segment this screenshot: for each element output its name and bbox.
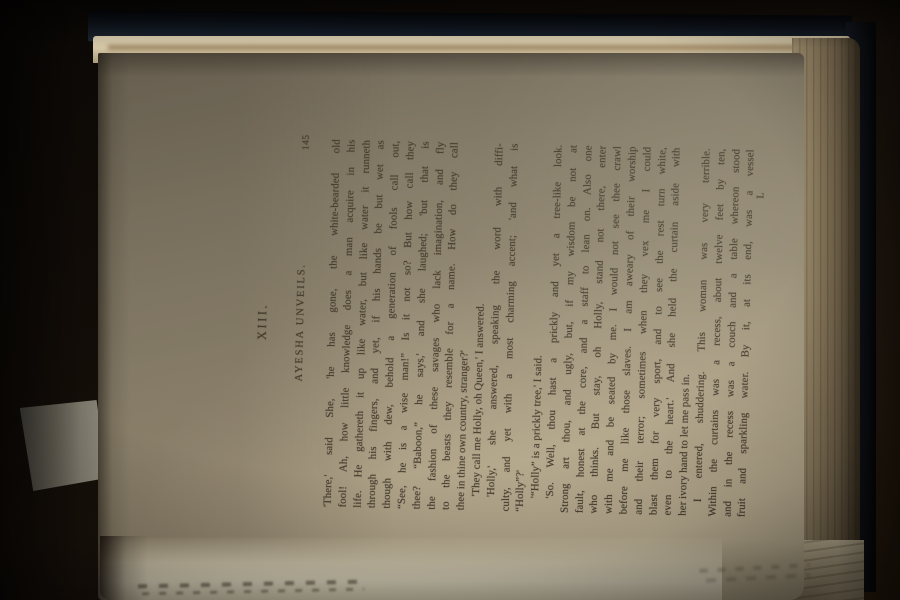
gutter-page-curve	[100, 536, 722, 600]
page-text-rotated: XIII. AYESHA UNVEILS. 145 'There,' said …	[100, 54, 800, 524]
page-content: XIII. AYESHA UNVEILS. 145 'There,' said …	[94, 46, 805, 533]
signature-mark: L	[755, 192, 766, 198]
text-block: XIII. AYESHA UNVEILS. 145 'There,' said …	[251, 137, 759, 517]
chapter-title: AYESHA UNVEILS.	[294, 263, 308, 381]
photo-of-open-book: XIII. AYESHA UNVEILS. 145 'There,' said …	[0, 0, 900, 600]
chapter-number: XIII.	[251, 137, 274, 505]
page-number: 145	[300, 134, 312, 150]
facing-page-text-fragments	[138, 578, 364, 598]
body-text: 'There,' said She, 'he has gone, the whi…	[321, 139, 759, 517]
running-head: AYESHA UNVEILS. 145	[291, 138, 312, 506]
